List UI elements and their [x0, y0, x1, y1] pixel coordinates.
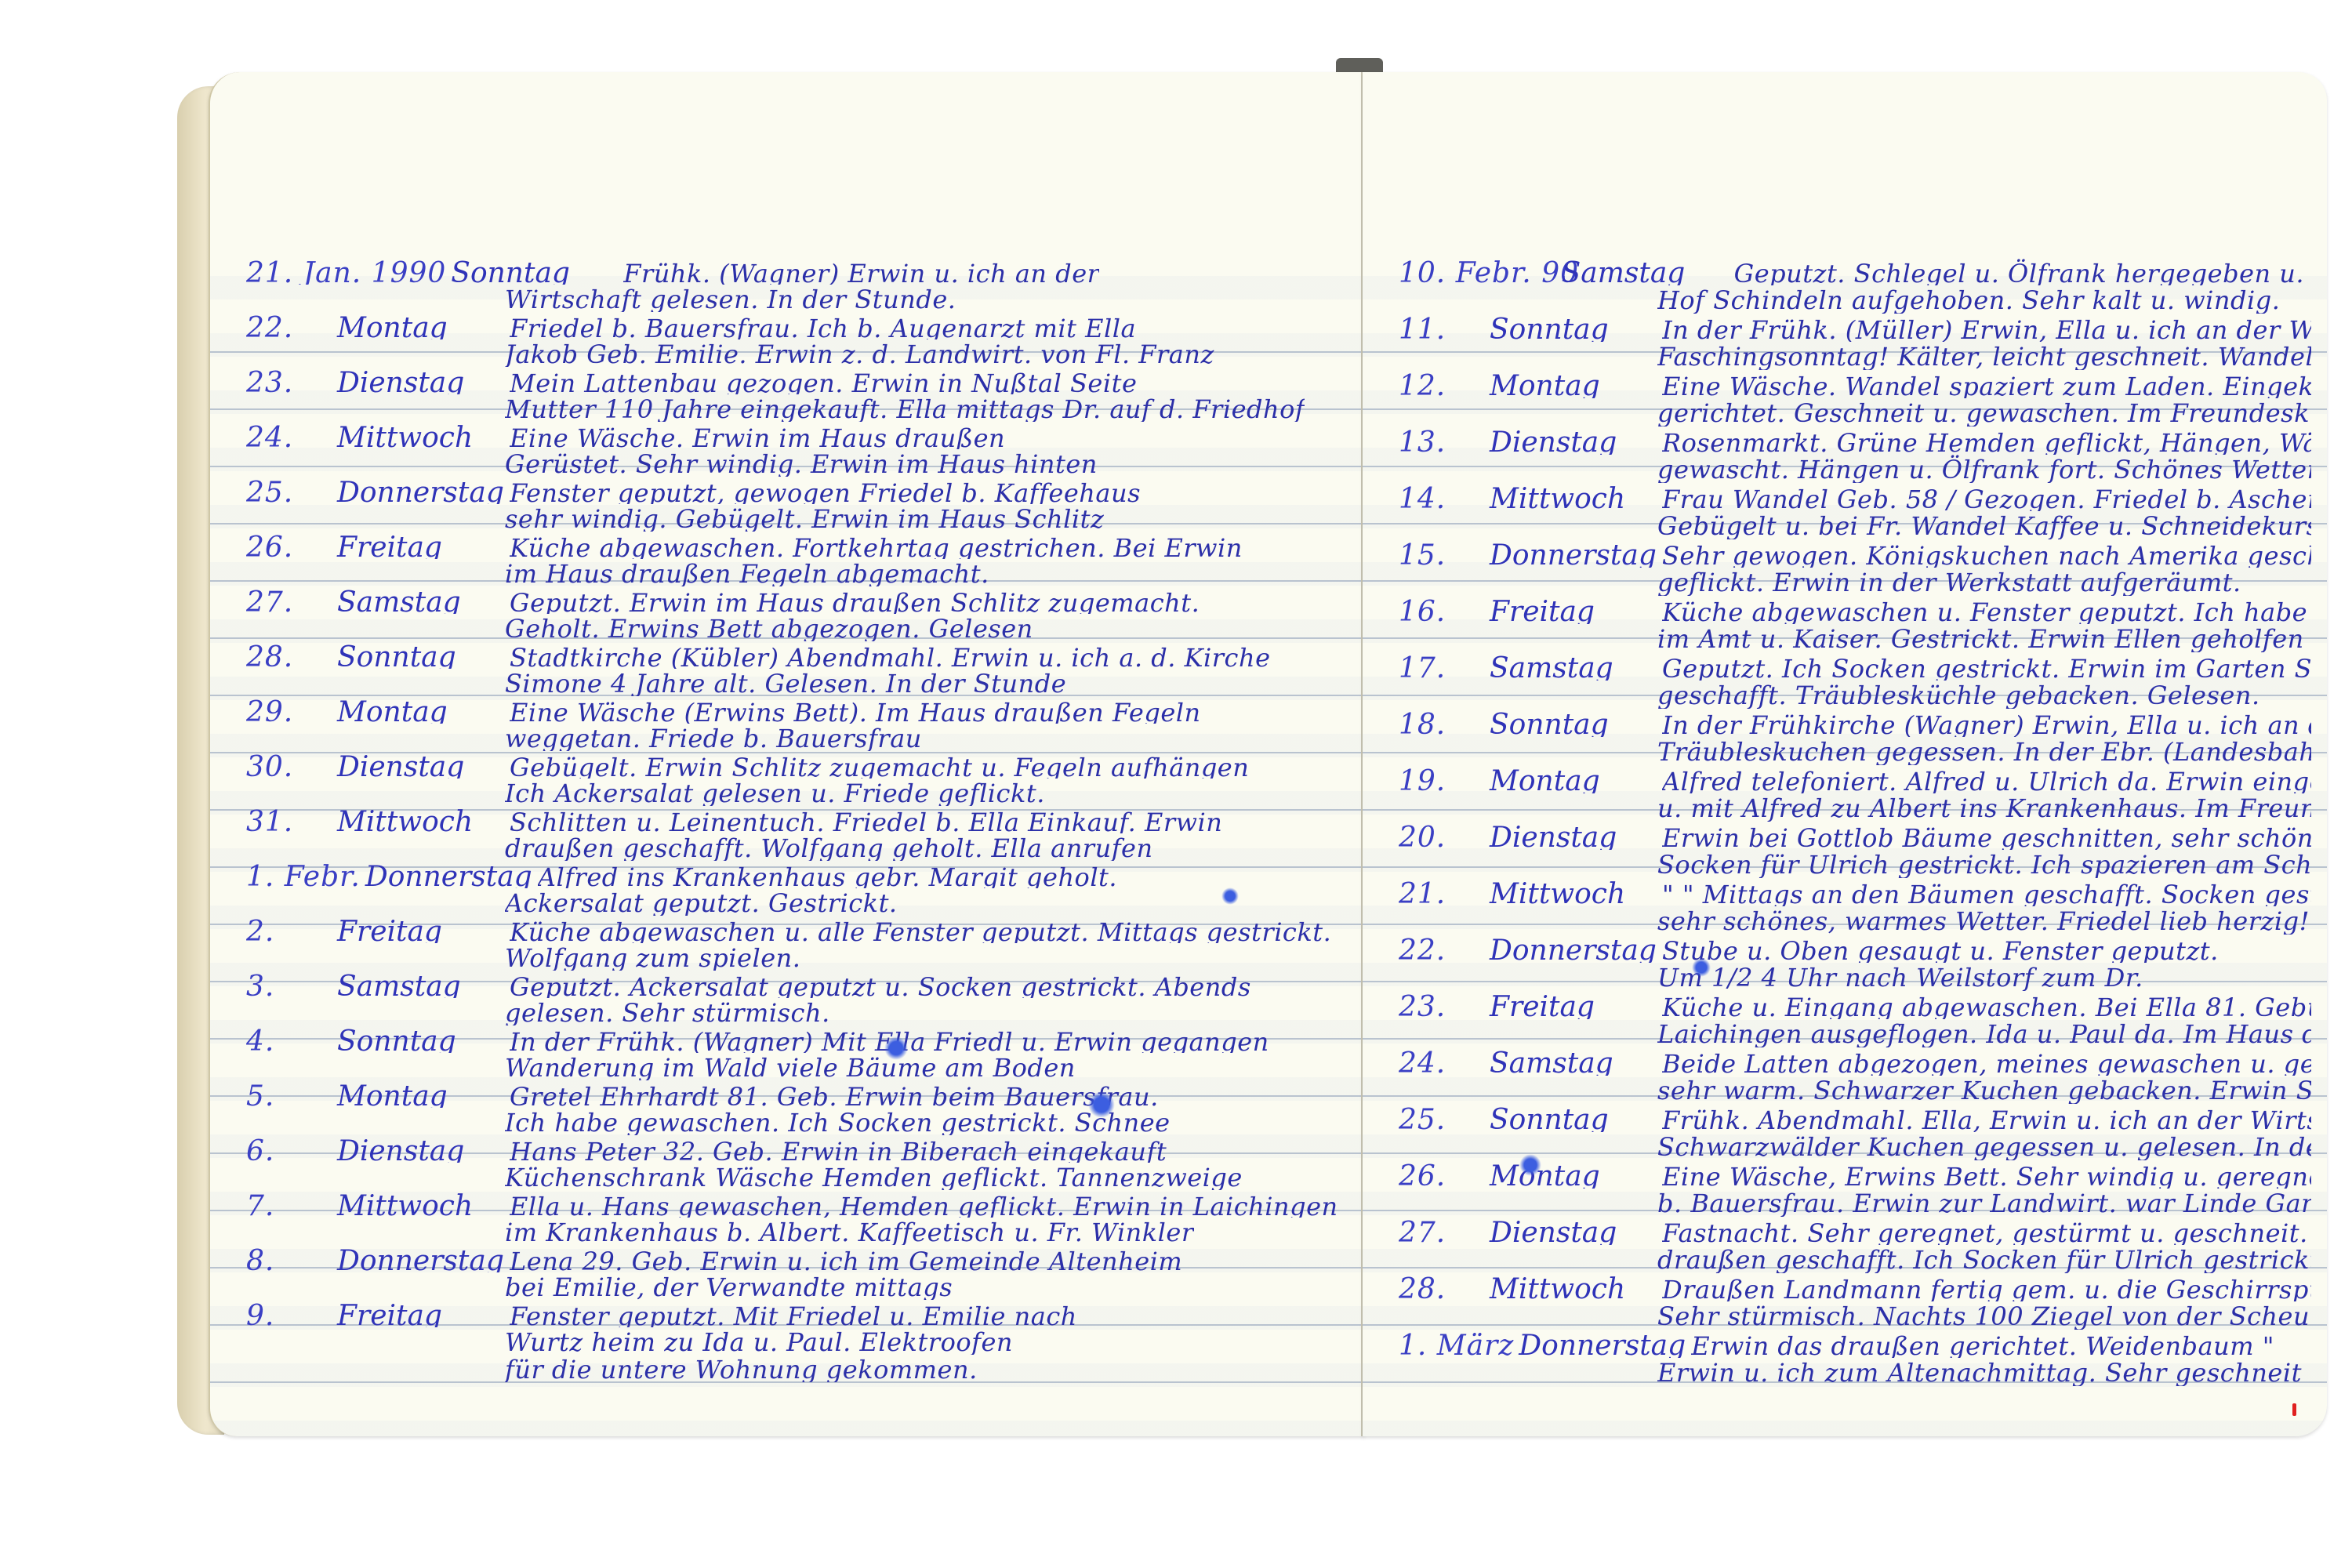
diary-entry: 31.MittwochSchlitten u. Leinentuch. Frie…: [246, 806, 1348, 861]
entry-weekday: Sonntag: [1490, 314, 1662, 342]
entry-text: Stadtkirche (Kübler) Abendmahl. Erwin u.…: [510, 643, 1271, 669]
entry-continuation-line: Ich habe gewaschen. Ich Socken gestrickt…: [246, 1108, 1348, 1135]
entry-continuation-line: weggetan. Friede b. Bauersfrau: [246, 724, 1348, 751]
entry-weekday: Freitag: [337, 916, 510, 943]
diary-entry: 22.DonnerstagStube u. Oben gesaugt u. Fe…: [1399, 935, 2311, 991]
entry-text: Fenster geputzt. Mit Friedel u. Emilie n…: [510, 1301, 1077, 1327]
diary-entry: 21. Jan. 1990SonntagFrühk. (Wagner) Erwi…: [246, 257, 1348, 312]
entry-continuation-line: Jakob Geb. Emilie. Erwin z. d. Landwirt.…: [246, 339, 1348, 367]
entry-continuation-line: sehr schönes, warmes Wetter. Friedel lie…: [1399, 906, 2311, 935]
entry-first-line: 2.FreitagKüche abgewaschen u. alle Fenst…: [246, 916, 1348, 943]
entry-text: im Haus draußen Fegeln abgemacht.: [505, 559, 989, 586]
diary-entry: 6.DienstagHans Peter 32. Geb. Erwin in B…: [246, 1135, 1348, 1190]
diary-entry: 30.DienstagGebügelt. Erwin Schlitz zugem…: [246, 751, 1348, 806]
entry-continuation-line: geflickt. Erwin in der Werkstatt aufgerä…: [1399, 568, 2311, 596]
diary-entry: 19.MontagAlfred telefoniert. Alfred u. U…: [1399, 765, 2311, 822]
entry-continuation-line: gerichtet. Geschneit u. gewaschen. Im Fr…: [1399, 398, 2311, 426]
entry-date: 13.: [1399, 426, 1485, 455]
diary-entry: 17.SamstagGeputzt. Ich Socken gestrickt.…: [1399, 652, 2311, 709]
entry-first-line: 1. MärzDonnerstagErwin das draußen geric…: [1399, 1330, 2311, 1358]
entry-weekday: Montag: [1490, 370, 1662, 398]
diary-entry: 12.MontagEine Wäsche. Wandel spaziert zu…: [1399, 370, 2311, 426]
entry-continuation-line: Sehr stürmisch. Nachts 100 Ziegel von de…: [1399, 1301, 2311, 1330]
entry-first-line: 29.MontagEine Wäsche (Erwins Bett). Im H…: [246, 696, 1348, 724]
entry-date: 12.: [1399, 370, 1485, 398]
entry-text: Wurtz heim zu Ida u. Paul. Elektroofen: [505, 1327, 1013, 1355]
entry-weekday: Donnerstag: [365, 861, 538, 888]
entry-weekday: Freitag: [1490, 991, 1662, 1019]
entry-continuation-line: sehr windig. Gebügelt. Erwin im Haus Sch…: [246, 504, 1348, 532]
entry-text: sehr windig. Gebügelt. Erwin im Haus Sch…: [505, 504, 1104, 532]
entry-text: Socken für Ulrich gestrickt. Ich spazier…: [1657, 850, 2311, 878]
entry-date: 25.: [246, 477, 332, 504]
entry-continuation-line: Um 1/2 4 Uhr nach Weilstorf zum Dr.: [1399, 963, 2311, 991]
entry-text: Geputzt. Ackersalat geputzt u. Socken ge…: [510, 972, 1251, 998]
entry-weekday: Dienstag: [337, 1135, 510, 1163]
entry-date: 7.: [246, 1190, 332, 1218]
entry-date: 30.: [246, 751, 332, 779]
entry-text: Schwarzwälder Kuchen gegessen u. gelesen…: [1657, 1132, 2311, 1160]
entry-first-line: 27.DienstagFastnacht. Sehr geregnet, ges…: [1399, 1217, 2311, 1245]
diary-entry: 14.MittwochFrau Wandel Geb. 58 / Gezogen…: [1399, 483, 2311, 539]
entry-date: 18.: [1399, 709, 1485, 737]
entry-text: Geputzt. Erwin im Haus draußen Schlitz z…: [510, 588, 1200, 614]
entry-continuation-line: Simone 4 Jahre alt. Gelesen. In der Stun…: [246, 669, 1348, 696]
diary-entry: 9.FreitagFenster geputzt. Mit Friedel u.…: [246, 1300, 1348, 1382]
entry-text: draußen geschafft. Wolfgang geholt. Ella…: [505, 833, 1153, 861]
entry-text: Gerüstet. Sehr windig. Erwin im Haus hin…: [505, 449, 1098, 477]
entry-text: sehr warm. Schwarzer Kuchen gebacken. Er…: [1657, 1076, 2311, 1104]
entry-weekday: Montag: [1490, 765, 1662, 793]
entry-continuation-line: Mutter 110 Jahre eingekauft. Ella mittag…: [246, 394, 1348, 422]
entry-first-line: 7.MittwochElla u. Hans gewaschen, Hemden…: [246, 1190, 1348, 1218]
entry-date: 4.: [246, 1025, 332, 1053]
entry-weekday: Dienstag: [1490, 426, 1662, 455]
entry-text: Gebügelt u. bei Fr. Wandel Kaffee u. Sch…: [1657, 511, 2311, 539]
entry-date: 24.: [246, 422, 332, 449]
entry-date: 22.: [246, 312, 332, 339]
entry-continuation-line: b. Bauersfrau. Erwin zur Landwirt. war L…: [1399, 1189, 2311, 1217]
entry-text: b. Bauersfrau. Erwin zur Landwirt. war L…: [1657, 1189, 2311, 1217]
diary-entry: 25.SonntagFrühk. Abendmahl. Ella, Erwin …: [1399, 1104, 2311, 1160]
entry-text: gerichtet. Geschneit u. gewaschen. Im Fr…: [1657, 398, 2311, 426]
entry-weekday: Donnerstag: [337, 1245, 510, 1272]
diary-entry: 23.DienstagMein Lattenbau gezogen. Erwin…: [246, 367, 1348, 422]
entry-date: 6.: [246, 1135, 332, 1163]
entry-first-line: 16.FreitagKüche abgewaschen u. Fenster g…: [1399, 596, 2311, 624]
entry-first-line: 28.SonntagStadtkirche (Kübler) Abendmahl…: [246, 641, 1348, 669]
ink-blot: [1088, 1091, 1115, 1118]
entry-first-line: 20.DienstagErwin bei Gottlob Bäume gesch…: [1399, 822, 2311, 850]
diary-entry: 20.DienstagErwin bei Gottlob Bäume gesch…: [1399, 822, 2311, 878]
diary-entry: 18.SonntagIn der Frühkirche (Wagner) Erw…: [1399, 709, 2311, 765]
entry-text: Küche u. Eingang abgewaschen. Bei Ella 8…: [1662, 993, 2311, 1019]
entry-text: gelesen. Sehr stürmisch.: [505, 998, 830, 1025]
diary-entry: 26.FreitagKüche abgewaschen. Fortkehrtag…: [246, 532, 1348, 586]
entry-continuation-line: draußen geschafft. Wolfgang geholt. Ella…: [246, 833, 1348, 861]
entry-first-line: 18.SonntagIn der Frühkirche (Wagner) Erw…: [1399, 709, 2311, 737]
entry-text: geschafft. Träublesküchle gebacken. Gele…: [1657, 681, 2260, 709]
entry-text: Mutter 110 Jahre eingekauft. Ella mittag…: [505, 394, 1305, 422]
entry-weekday: Montag: [337, 696, 510, 724]
entry-text: Mein Lattenbau gezogen. Erwin in Nußtal …: [510, 368, 1137, 394]
entry-weekday: Montag: [1490, 1160, 1662, 1189]
entry-continuation-line: Gebügelt u. bei Fr. Wandel Kaffee u. Sch…: [1399, 511, 2311, 539]
entry-text: Laichingen ausgeflogen. Ida u. Paul da. …: [1657, 1019, 2311, 1047]
entry-date: 3.: [246, 971, 332, 998]
entry-weekday: Freitag: [337, 532, 510, 559]
entry-text: Stube u. Oben gesaugt u. Fenster geputzt…: [1662, 936, 2219, 963]
entry-text: " " Mittags an den Bäumen geschafft. Soc…: [1662, 880, 2311, 906]
entry-first-line: 6.DienstagHans Peter 32. Geb. Erwin in B…: [246, 1135, 1348, 1163]
diary-entry: 25.DonnerstagFenster geputzt, gewogen Fr…: [246, 477, 1348, 532]
entry-weekday: Dienstag: [337, 367, 510, 394]
entry-text: Friedel b. Bauersfrau. Ich b. Augenarzt …: [510, 314, 1136, 339]
entry-date: 27.: [246, 586, 332, 614]
entry-text: im Amt u. Kaiser. Gestrickt. Erwin Ellen…: [1657, 624, 2304, 652]
entry-date: 28.: [1399, 1273, 1485, 1301]
entry-weekday: Sonntag: [1490, 709, 1662, 737]
entry-weekday: Sonntag: [1490, 1104, 1662, 1132]
left-page: 21. Jan. 1990SonntagFrühk. (Wagner) Erwi…: [209, 72, 1364, 1436]
entry-first-line: 22.MontagFriedel b. Bauersfrau. Ich b. A…: [246, 312, 1348, 339]
entry-weekday: Dienstag: [1490, 822, 1662, 850]
entry-text: Ackersalat geputzt. Gestrickt.: [505, 888, 898, 916]
entry-date: 23.: [1399, 991, 1485, 1019]
entry-weekday: Freitag: [337, 1300, 510, 1327]
entry-date: 8.: [246, 1245, 332, 1272]
entry-first-line: 15.DonnerstagSehr gewogen. Königskuchen …: [1399, 539, 2311, 568]
entry-continuation-line: im Krankenhaus b. Albert. Kaffeetisch u.…: [246, 1218, 1348, 1245]
entry-text: bei Emilie, der Verwandte mittags: [505, 1272, 953, 1300]
left-page-entries: 21. Jan. 1990SonntagFrühk. (Wagner) Erwi…: [246, 257, 1348, 1382]
entry-weekday: Dienstag: [1490, 1217, 1662, 1245]
entry-weekday: Samstag: [1562, 257, 1734, 285]
entry-weekday: Samstag: [337, 971, 510, 998]
diary-entry: 27.DienstagFastnacht. Sehr geregnet, ges…: [1399, 1217, 2311, 1273]
entry-text: Geputzt. Ich Socken gestrickt. Erwin im …: [1662, 654, 2311, 681]
entry-continuation-line: gewascht. Hängen u. Ölfrank fort. Schöne…: [1399, 455, 2311, 483]
entry-continuation-line: gelesen. Sehr stürmisch.: [246, 998, 1348, 1025]
entry-text: gewascht. Hängen u. Ölfrank fort. Schöne…: [1657, 455, 2311, 483]
entry-text: Hof Schindeln aufgehoben. Sehr kalt u. w…: [1657, 285, 2280, 314]
entry-date: 1. März: [1399, 1330, 1514, 1358]
entry-text: Schlitten u. Leinentuch. Friedel b. Ella…: [510, 808, 1222, 833]
diary-entry: 24.SamstagBeide Latten abgezogen, meines…: [1399, 1047, 2311, 1104]
entry-text: draußen geschafft. Ich Socken für Ulrich…: [1657, 1245, 2311, 1273]
entry-continuation-line: Hof Schindeln aufgehoben. Sehr kalt u. w…: [1399, 285, 2311, 314]
entry-continuation-line: Träubleskuchen gegessen. In der Ebr. (La…: [1399, 737, 2311, 765]
entry-first-line: 5.MontagGretel Ehrhardt 81. Geb. Erwin b…: [246, 1080, 1348, 1108]
entry-date: 10. Febr. 90: [1399, 257, 1557, 285]
entry-date: 20.: [1399, 822, 1485, 850]
entry-continuation-line: im Amt u. Kaiser. Gestrickt. Erwin Ellen…: [1399, 624, 2311, 652]
entry-continuation-line: Faschingsonntag! Kälter, leicht geschnei…: [1399, 342, 2311, 370]
entry-first-line: 25.DonnerstagFenster geputzt, gewogen Fr…: [246, 477, 1348, 504]
diary-entry: 1. MärzDonnerstagErwin das draußen geric…: [1399, 1330, 2311, 1386]
entry-text: Eine Wäsche, Erwins Bett. Sehr windig u.…: [1662, 1162, 2311, 1189]
entry-weekday: Donnerstag: [1519, 1330, 1691, 1358]
diary-entry: 4.SonntagIn der Frühk. (Wagner) Mit Ella…: [246, 1025, 1348, 1080]
ink-blot: [1519, 1154, 1541, 1176]
entry-text: Hans Peter 32. Geb. Erwin in Biberach ei…: [510, 1137, 1167, 1163]
entry-continuation-line: Socken für Ulrich gestrickt. Ich spazier…: [1399, 850, 2311, 878]
diary-entry: 11.SonntagIn der Frühk. (Müller) Erwin, …: [1399, 314, 2311, 370]
entry-first-line: 10. Febr. 90SamstagGeputzt. Schlegel u. …: [1399, 257, 2311, 285]
entry-date: 31.: [246, 806, 332, 833]
entry-date: 21. Jan. 1990: [246, 257, 446, 285]
entry-text: Wanderung im Wald viele Bäume am Boden: [505, 1053, 1076, 1080]
ink-blot: [884, 1036, 908, 1060]
entry-text: Küche abgewaschen u. Fenster geputzt. Ic…: [1662, 597, 2311, 624]
entry-text: Wolfgang zum spielen.: [505, 943, 800, 971]
entry-text: Um 1/2 4 Uhr nach Weilstorf zum Dr.: [1657, 963, 2143, 991]
entry-date: 19.: [1399, 765, 1485, 793]
entry-text: Erwin das draußen gerichtet. Weidenbaum …: [1691, 1331, 2274, 1358]
diary-entry: 27.SamstagGeputzt. Erwin im Haus draußen…: [246, 586, 1348, 641]
diary-entry: 15.DonnerstagSehr gewogen. Königskuchen …: [1399, 539, 2311, 596]
entry-text: Alfred ins Krankenhaus gebr. Margit geho…: [538, 862, 1117, 888]
entry-continuation-line: bei Emilie, der Verwandte mittags: [246, 1272, 1348, 1300]
diary-entry: 3.SamstagGeputzt. Ackersalat geputzt u. …: [246, 971, 1348, 1025]
entry-first-line: 3.SamstagGeputzt. Ackersalat geputzt u. …: [246, 971, 1348, 998]
entry-text: Gretel Ehrhardt 81. Geb. Erwin beim Baue…: [510, 1082, 1159, 1108]
entry-date: 11.: [1399, 314, 1485, 342]
entry-continuation-line: Laichingen ausgeflogen. Ida u. Paul da. …: [1399, 1019, 2311, 1047]
entry-text: Jakob Geb. Emilie. Erwin z. d. Landwirt.…: [505, 339, 1214, 367]
entry-continuation-line: Wirtschaft gelesen. In der Stunde.: [246, 285, 1348, 312]
entry-first-line: 28.MittwochDraußen Landmann fertig gem. …: [1399, 1273, 2311, 1301]
entry-first-line: 30.DienstagGebügelt. Erwin Schlitz zugem…: [246, 751, 1348, 779]
entry-continuation-line: Ich Ackersalat gelesen u. Friede geflick…: [246, 779, 1348, 806]
entry-first-line: 22.DonnerstagStube u. Oben gesaugt u. Fe…: [1399, 935, 2311, 963]
entry-first-line: 19.MontagAlfred telefoniert. Alfred u. U…: [1399, 765, 2311, 793]
diary-entry: 16.FreitagKüche abgewaschen u. Fenster g…: [1399, 596, 2311, 652]
diary-entry: 7.MittwochElla u. Hans gewaschen, Hemden…: [246, 1190, 1348, 1245]
entry-date: 26.: [246, 532, 332, 559]
entry-text: Eine Wäsche (Erwins Bett). Im Haus drauß…: [510, 698, 1201, 724]
entry-first-line: 4.SonntagIn der Frühk. (Wagner) Mit Ella…: [246, 1025, 1348, 1053]
entry-text: Geputzt. Schlegel u. Ölfrank hergegeben …: [1734, 259, 2311, 285]
entry-continuation-line: Küchenschrank Wäsche Hemden geflickt. Ta…: [246, 1163, 1348, 1190]
entry-date: 22.: [1399, 935, 1485, 963]
entry-weekday: Samstag: [1490, 1047, 1662, 1076]
entry-text: Faschingsonntag! Kälter, leicht geschnei…: [1657, 342, 2311, 370]
entry-text: Frühk. Abendmahl. Ella, Erwin u. ich an …: [1662, 1105, 2311, 1132]
entry-date: 5.: [246, 1080, 332, 1108]
entry-text: im Krankenhaus b. Albert. Kaffeetisch u.…: [505, 1218, 1194, 1245]
entry-text: Eine Wäsche. Erwin im Haus draußen: [510, 423, 1005, 449]
diary-entry: 8.DonnerstagLena 29. Geb. Erwin u. ich i…: [246, 1245, 1348, 1300]
entry-weekday: Samstag: [1490, 652, 1662, 681]
entry-text: u. mit Alfred zu Albert ins Krankenhaus.…: [1657, 793, 2311, 822]
diary-entry: 10. Febr. 90SamstagGeputzt. Schlegel u. …: [1399, 257, 2311, 314]
diary-entry: 2.FreitagKüche abgewaschen u. alle Fenst…: [246, 916, 1348, 971]
entry-weekday: Sonntag: [337, 1025, 510, 1053]
entry-continuation-line: Gerüstet. Sehr windig. Erwin im Haus hin…: [246, 449, 1348, 477]
entry-text: Beide Latten abgezogen, meines gewaschen…: [1662, 1049, 2311, 1076]
entry-text: Eine Wäsche. Wandel spaziert zum Laden. …: [1662, 372, 2311, 398]
entry-text: In der Frühk. (Müller) Erwin, Ella u. ic…: [1662, 315, 2311, 342]
entry-date: 23.: [246, 367, 332, 394]
entry-continuation-line: geschafft. Träublesküchle gebacken. Gele…: [1399, 681, 2311, 709]
entry-weekday: Mittwoch: [337, 1190, 510, 1218]
entry-weekday: Samstag: [337, 586, 510, 614]
entry-first-line: 14.MittwochFrau Wandel Geb. 58 / Gezogen…: [1399, 483, 2311, 511]
entry-text: Ich habe gewaschen. Ich Socken gestrickt…: [505, 1108, 1171, 1135]
entry-continuation-line: Erwin u. ich zum Altenachmittag. Sehr ge…: [1399, 1358, 2311, 1386]
entry-date: 28.: [246, 641, 332, 669]
entry-text: Frau Wandel Geb. 58 / Gezogen. Friedel b…: [1662, 485, 2311, 511]
entry-first-line: 21.Mittwoch" " Mittags an den Bäumen ges…: [1399, 878, 2311, 906]
entry-date: 24.: [1399, 1047, 1485, 1076]
entry-text: weggetan. Friede b. Bauersfrau: [505, 724, 922, 751]
entry-date: 1. Febr.: [246, 861, 361, 888]
entry-first-line: 9.FreitagFenster geputzt. Mit Friedel u.…: [246, 1300, 1348, 1327]
entry-text: Draußen Landmann fertig gem. u. die Gesc…: [1662, 1275, 2311, 1301]
entry-text: sehr schönes, warmes Wetter. Friedel lie…: [1657, 906, 2310, 935]
entry-weekday: Mittwoch: [1490, 878, 1662, 906]
entry-first-line: 13.DienstagRosenmarkt. Grüne Hemden gefl…: [1399, 426, 2311, 455]
entry-first-line: 12.MontagEine Wäsche. Wandel spaziert zu…: [1399, 370, 2311, 398]
entry-date: 2.: [246, 916, 332, 943]
entry-continuation-line: im Haus draußen Fegeln abgemacht.: [246, 559, 1348, 586]
entry-first-line: 31.MittwochSchlitten u. Leinentuch. Frie…: [246, 806, 1348, 833]
entry-continuation-line: draußen geschafft. Ich Socken für Ulrich…: [1399, 1245, 2311, 1273]
entry-text: Gebügelt. Erwin Schlitz zugemacht u. Feg…: [510, 753, 1249, 779]
entry-date: 26.: [1399, 1160, 1485, 1189]
entry-first-line: 24.MittwochEine Wäsche. Erwin im Haus dr…: [246, 422, 1348, 449]
entry-weekday: Donnerstag: [337, 477, 510, 504]
entry-continuation-line: u. mit Alfred zu Albert ins Krankenhaus.…: [1399, 793, 2311, 822]
diary-entry: 22.MontagFriedel b. Bauersfrau. Ich b. A…: [246, 312, 1348, 367]
diary-entry: 29.MontagEine Wäsche (Erwins Bett). Im H…: [246, 696, 1348, 751]
diary-entry: 24.MittwochEine Wäsche. Erwin im Haus dr…: [246, 422, 1348, 477]
entry-weekday: Mittwoch: [337, 422, 510, 449]
entry-weekday: Sonntag: [337, 641, 510, 669]
open-notebook: 21. Jan. 1990SonntagFrühk. (Wagner) Erwi…: [177, 72, 2132, 1443]
entry-first-line: 25.SonntagFrühk. Abendmahl. Ella, Erwin …: [1399, 1104, 2311, 1132]
entry-first-line: 8.DonnerstagLena 29. Geb. Erwin u. ich i…: [246, 1245, 1348, 1272]
entry-text: Sehr stürmisch. Nachts 100 Ziegel von de…: [1657, 1301, 2311, 1330]
entry-weekday: Dienstag: [337, 751, 510, 779]
entry-date: 21.: [1399, 878, 1485, 906]
diary-entry: 1. Febr.DonnerstagAlfred ins Krankenhaus…: [246, 861, 1348, 916]
entry-continuation-line: Wurtz heim zu Ida u. Paul. Elektroofen: [246, 1327, 1348, 1355]
entry-continuation-line: Ackersalat geputzt. Gestrickt.: [246, 888, 1348, 916]
red-ink-mark: [2292, 1403, 2296, 1416]
entry-continuation-line: sehr warm. Schwarzer Kuchen gebacken. Er…: [1399, 1076, 2311, 1104]
entry-first-line: 1. Febr.DonnerstagAlfred ins Krankenhaus…: [246, 861, 1348, 888]
entry-text: Frühk. (Wagner) Erwin u. ich an der: [623, 259, 1099, 285]
entry-text: Fenster geputzt, gewogen Friedel b. Kaff…: [510, 478, 1141, 504]
entry-date: 29.: [246, 696, 332, 724]
entry-first-line: 23.DienstagMein Lattenbau gezogen. Erwin…: [246, 367, 1348, 394]
entry-first-line: 21. Jan. 1990SonntagFrühk. (Wagner) Erwi…: [246, 257, 1348, 285]
entry-weekday: Montag: [337, 1080, 510, 1108]
entry-text: Wirtschaft gelesen. In der Stunde.: [505, 285, 956, 312]
entry-weekday: Montag: [337, 312, 510, 339]
entry-first-line: 26.FreitagKüche abgewaschen. Fortkehrtag…: [246, 532, 1348, 559]
diary-entry: 5.MontagGretel Ehrhardt 81. Geb. Erwin b…: [246, 1080, 1348, 1135]
entry-text: Küchenschrank Wäsche Hemden geflickt. Ta…: [505, 1163, 1243, 1190]
entry-text: Küche abgewaschen. Fortkehrtag gestriche…: [510, 533, 1243, 559]
entry-text: Fastnacht. Sehr geregnet, gestürmt u. ge…: [1662, 1218, 2311, 1245]
entry-text: Simone 4 Jahre alt. Gelesen. In der Stun…: [505, 669, 1066, 696]
entry-continuation-line: Geholt. Erwins Bett abgezogen. Gelesen: [246, 614, 1348, 641]
entry-text: Träubleskuchen gegessen. In der Ebr. (La…: [1657, 737, 2311, 765]
entry-date: 15.: [1399, 539, 1485, 568]
entry-weekday: Donnerstag: [1490, 935, 1662, 963]
entry-weekday: Mittwoch: [337, 806, 510, 833]
entry-text: Lena 29. Geb. Erwin u. ich im Gemeinde A…: [510, 1247, 1182, 1272]
entry-continuation-line: Wolfgang zum spielen.: [246, 943, 1348, 971]
right-page: 10. Febr. 90SamstagGeputzt. Schlegel u. …: [1363, 72, 2327, 1436]
entry-text: Erwin bei Gottlob Bäume geschnitten, seh…: [1662, 823, 2311, 850]
entry-first-line: 17.SamstagGeputzt. Ich Socken gestrickt.…: [1399, 652, 2311, 681]
entry-weekday: Mittwoch: [1490, 1273, 1662, 1301]
entry-text: Ich Ackersalat gelesen u. Friede geflick…: [505, 779, 1045, 806]
entry-weekday: Sonntag: [451, 257, 623, 285]
entry-first-line: 27.SamstagGeputzt. Erwin im Haus draußen…: [246, 586, 1348, 614]
entry-weekday: Freitag: [1490, 596, 1662, 624]
diary-entry: 13.DienstagRosenmarkt. Grüne Hemden gefl…: [1399, 426, 2311, 483]
entry-date: 14.: [1399, 483, 1485, 511]
entry-date: 25.: [1399, 1104, 1485, 1132]
entry-text: In der Frühkirche (Wagner) Erwin, Ella u…: [1662, 710, 2311, 737]
entry-text: Sehr gewogen. Königskuchen nach Amerika …: [1662, 541, 2311, 568]
entry-weekday: Donnerstag: [1490, 539, 1662, 568]
diary-entry: 21.Mittwoch" " Mittags an den Bäumen ges…: [1399, 878, 2311, 935]
entry-text: für die untere Wohnung gekommen.: [505, 1355, 978, 1382]
ink-blot: [1221, 887, 1239, 905]
entry-text: Erwin u. ich zum Altenachmittag. Sehr ge…: [1657, 1358, 2311, 1386]
entry-text: geflickt. Erwin in der Werkstatt aufgerä…: [1657, 568, 2241, 596]
diary-entry: 23.FreitagKüche u. Eingang abgewaschen. …: [1399, 991, 2311, 1047]
entry-weekday: Mittwoch: [1490, 483, 1662, 511]
entry-text: Küche abgewaschen u. alle Fenster geputz…: [510, 917, 1331, 943]
right-page-entries: 10. Febr. 90SamstagGeputzt. Schlegel u. …: [1399, 257, 2311, 1386]
entry-text: Rosenmarkt. Grüne Hemden geflickt, Hänge…: [1662, 428, 2311, 455]
entry-text: Alfred telefoniert. Alfred u. Ulrich da.…: [1662, 767, 2311, 793]
diary-entry: 28.SonntagStadtkirche (Kübler) Abendmahl…: [246, 641, 1348, 696]
diary-entry: 28.MittwochDraußen Landmann fertig gem. …: [1399, 1273, 2311, 1330]
entry-date: 27.: [1399, 1217, 1485, 1245]
entry-first-line: 11.SonntagIn der Frühk. (Müller) Erwin, …: [1399, 314, 2311, 342]
entry-date: 16.: [1399, 596, 1485, 624]
entry-continuation-line: Wanderung im Wald viele Bäume am Boden: [246, 1053, 1348, 1080]
entry-text: Geholt. Erwins Bett abgezogen. Gelesen: [505, 614, 1033, 641]
entry-date: 17.: [1399, 652, 1485, 681]
entry-first-line: 23.FreitagKüche u. Eingang abgewaschen. …: [1399, 991, 2311, 1019]
entry-date: 9.: [246, 1300, 332, 1327]
entry-text: Ella u. Hans gewaschen, Hemden geflickt.…: [510, 1192, 1338, 1218]
entry-continuation-line: für die untere Wohnung gekommen.: [246, 1355, 1348, 1382]
ink-blot: [1692, 958, 1711, 977]
entry-first-line: 24.SamstagBeide Latten abgezogen, meines…: [1399, 1047, 2311, 1076]
